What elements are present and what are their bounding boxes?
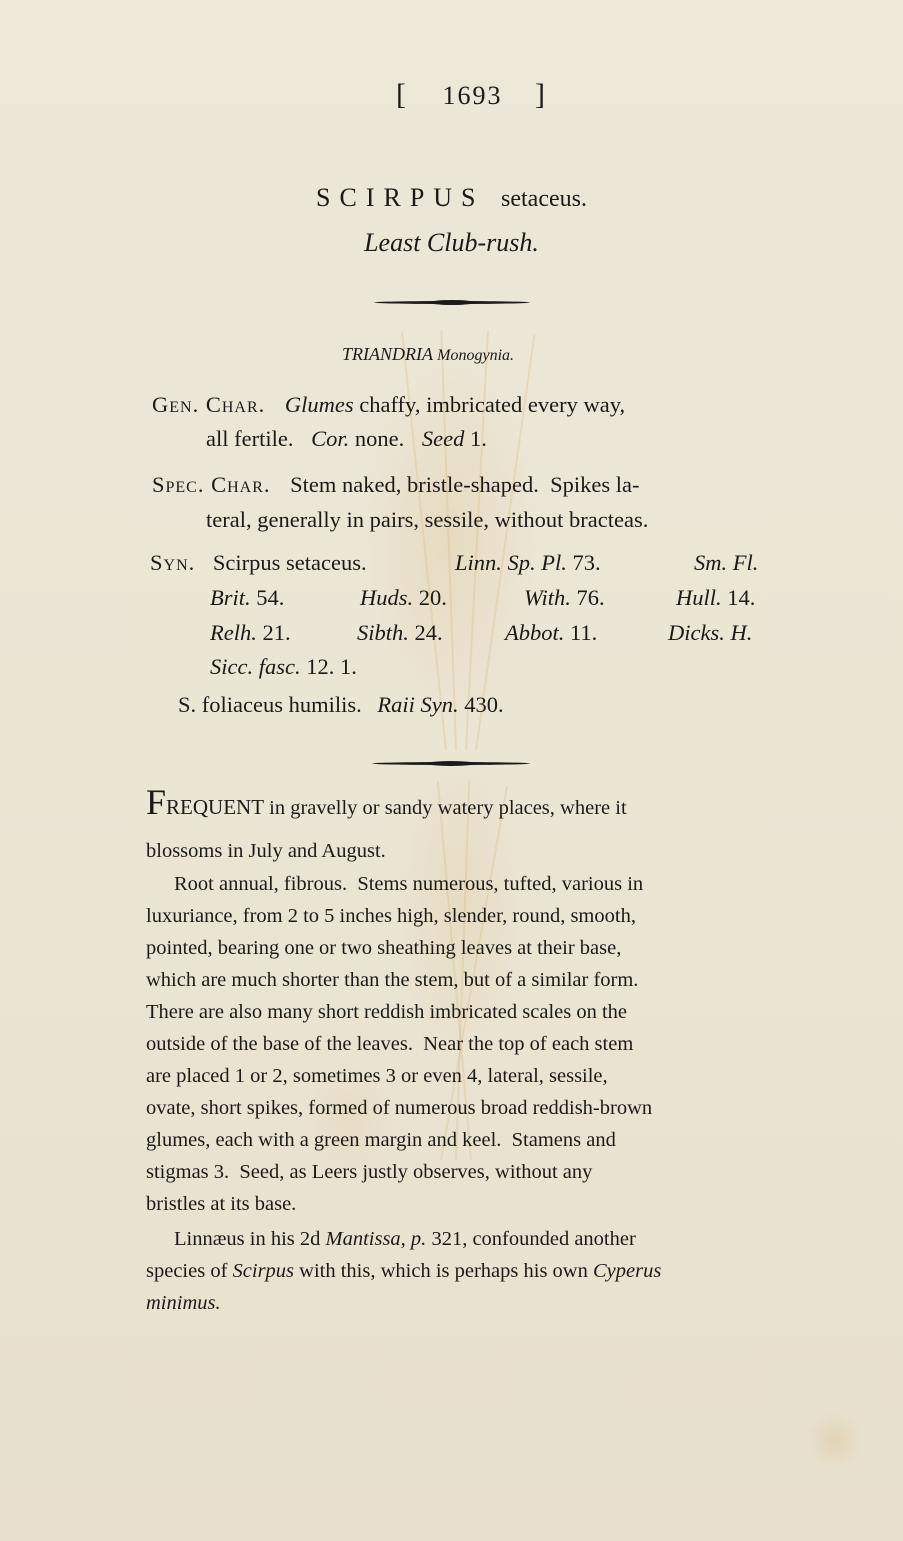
gen-char-text: 1. xyxy=(464,426,487,451)
body-line: Root annual, fibrous. Stems numerous, tu… xyxy=(174,873,643,896)
page-title: SCIRPUS setaceus. xyxy=(0,183,903,213)
body-line: stigmas 3. Seed, as Leers justly observe… xyxy=(146,1161,592,1184)
body-line: minimus. xyxy=(146,1292,221,1315)
ref-abbr: Sicc. fasc. xyxy=(210,654,301,679)
ref-num: 430. xyxy=(459,692,504,717)
book-page: [ 1693 ] SCIRPUS setaceus. Least Club-ru… xyxy=(0,0,903,1541)
body-line: luxuriance, from 2 to 5 inches high, sle… xyxy=(146,905,636,928)
ornamental-rule xyxy=(374,301,530,304)
gen-char-text: chaffy, imbricated every way, xyxy=(354,392,626,417)
ref-num: 11. xyxy=(564,620,597,645)
synonym-ref: Linn. Sp. Pl. 73. xyxy=(455,550,601,576)
ref-abbr: Linn. Sp. Pl. xyxy=(455,550,567,575)
synonym-ref: Sicc. fasc. 12. 1. xyxy=(210,654,357,680)
ref-abbr: Brit. xyxy=(210,585,251,610)
ref-abbr: Dicks. H. xyxy=(668,620,752,645)
synonym-name: S. foliaceus humilis. xyxy=(178,692,362,717)
linnaean-order: Monogynia. xyxy=(437,347,514,364)
synonym-label: Syn. xyxy=(150,550,195,575)
ref-num: 14. xyxy=(722,585,756,610)
ornamental-rule xyxy=(372,762,530,765)
spec-char-line-2: teral, generally in pairs, sessile, with… xyxy=(206,507,648,533)
ref-num: 21. xyxy=(257,620,291,645)
body-line: are placed 1 or 2, sometimes 3 or even 4… xyxy=(146,1065,608,1088)
body-line: outside of the base of the leaves. Near … xyxy=(146,1033,633,1056)
body-text: species of xyxy=(146,1260,233,1282)
body-text: Mantissa, p. xyxy=(326,1228,427,1250)
linnaean-class: TRIANDRIA xyxy=(342,344,433,364)
body-text: 321, confounded another xyxy=(426,1228,636,1250)
synonym-ref: Sm. Fl. xyxy=(694,550,758,576)
synonym-name: Scirpus setaceus. xyxy=(213,550,367,575)
drop-cap: F xyxy=(146,782,166,822)
gen-char-label: Gen. Char. xyxy=(152,392,265,417)
page-number-value: 1693 xyxy=(443,81,503,110)
body-line: Linnæus in his 2d Mantissa, p. 321, conf… xyxy=(174,1228,636,1251)
ref-abbr: Hull. xyxy=(676,585,722,610)
gen-char-line-1: Gen. Char. Glumes chaffy, imbricated eve… xyxy=(152,392,625,418)
ref-abbr: Raii Syn. xyxy=(377,692,458,717)
gen-char-text: Cor. xyxy=(311,426,349,451)
synonym-line-1: Syn. Scirpus setaceus. xyxy=(150,550,367,576)
gen-char-text: Seed xyxy=(422,426,464,451)
species-name: setaceus. xyxy=(501,186,587,212)
gen-char-text: none. xyxy=(349,426,404,451)
ref-abbr: Sibth. xyxy=(357,620,409,645)
body-text: in gravelly or sandy watery places, wher… xyxy=(264,797,627,819)
ref-num: 54. xyxy=(251,585,285,610)
ref-num: 12. 1. xyxy=(301,654,357,679)
body-line: bristles at its base. xyxy=(146,1193,296,1216)
body-line: pointed, bearing one or two sheathing le… xyxy=(146,937,621,960)
ref-abbr: Abbot. xyxy=(505,620,564,645)
spec-char-text: teral, generally in pairs, sessile, with… xyxy=(206,507,648,532)
ref-num: 76. xyxy=(571,585,605,610)
synonym-ref: Dicks. H. xyxy=(668,620,752,646)
gen-char-text: Glumes xyxy=(285,392,354,417)
ref-abbr: Sm. Fl. xyxy=(694,550,758,575)
bracket-left: [ xyxy=(396,78,408,111)
synonym-ref: Abbot. 11. xyxy=(505,620,597,646)
ref-abbr: Huds. xyxy=(360,585,413,610)
synonym-ref: Sibth. 24. xyxy=(357,620,443,646)
classification-line: TRIANDRIA Monogynia. xyxy=(342,344,514,365)
body-text: Scirpus xyxy=(233,1260,295,1282)
ref-num: 73. xyxy=(567,550,601,575)
spec-char-text: Stem naked, bristle-shaped. Spikes la- xyxy=(290,472,639,497)
genus-name: SCIRPUS xyxy=(316,183,485,212)
paragraph-1-line-1: FREQUENT in gravelly or sandy watery pla… xyxy=(146,792,627,820)
synonym-line-5: S. foliaceus humilis. Raii Syn. 430. xyxy=(178,692,504,718)
lead-word: REQUENT xyxy=(166,795,264,819)
paragraph-1-line-2: blossoms in July and August. xyxy=(146,840,386,863)
body-line: ovate, short spikes, formed of numerous … xyxy=(146,1097,652,1120)
synonym-ref: Brit. 54. xyxy=(210,585,284,611)
body-text: Cyperus xyxy=(593,1260,661,1282)
common-name: Least Club-rush. xyxy=(0,228,903,258)
synonym-ref: Huds. 20. xyxy=(360,585,447,611)
ref-num: 20. xyxy=(413,585,447,610)
body-line: There are also many short reddish imbric… xyxy=(146,1001,627,1024)
ref-abbr: Relh. xyxy=(210,620,257,645)
spec-char-label: Spec. Char. xyxy=(152,472,271,497)
body-text: Linnæus in his 2d xyxy=(174,1228,326,1250)
bracket-right: ] xyxy=(535,78,547,111)
body-line: glumes, each with a green margin and kee… xyxy=(146,1129,616,1152)
page-number: [ 1693 ] xyxy=(396,78,547,112)
synonym-ref: Hull. 14. xyxy=(676,585,755,611)
gen-char-line-2: all fertile. Cor. none. Seed 1. xyxy=(206,426,487,452)
spec-char-line-1: Spec. Char. Stem naked, bristle-shaped. … xyxy=(152,472,639,498)
gen-char-text: all fertile. xyxy=(206,426,293,451)
body-line: which are much shorter than the stem, bu… xyxy=(146,969,638,992)
ref-abbr: With. xyxy=(524,585,571,610)
ref-num: 24. xyxy=(409,620,443,645)
body-text: with this, which is perhaps his own xyxy=(294,1260,593,1282)
body-line: species of Scirpus with this, which is p… xyxy=(146,1260,661,1283)
synonym-ref: With. 76. xyxy=(524,585,605,611)
synonym-ref: Relh. 21. xyxy=(210,620,291,646)
